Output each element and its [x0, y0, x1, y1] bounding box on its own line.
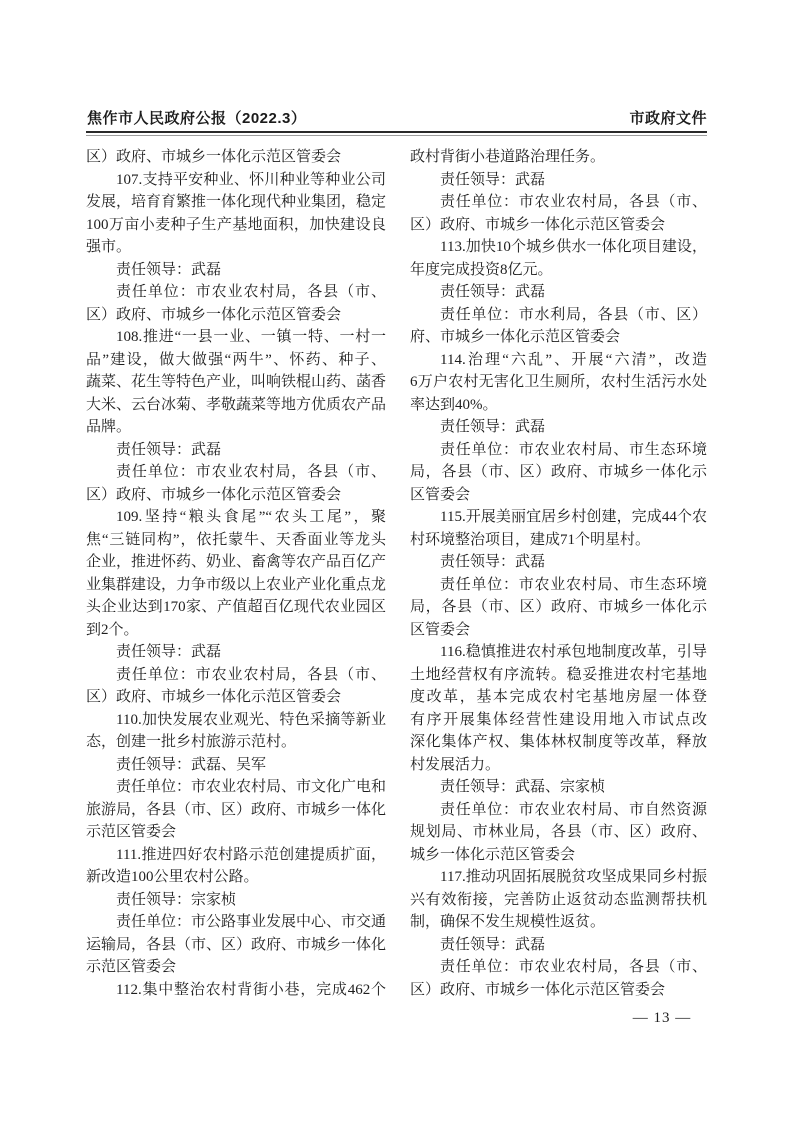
- gazette-title: 焦作市人民政府公报（2022.3）: [87, 107, 306, 128]
- text-line: 115.开展美丽宜居乡村创建，完成44个农: [410, 506, 707, 529]
- text-line: 大米、云台冰菊、孝敬蔬菜等地方优质农产品: [86, 394, 386, 417]
- text-line: 政村背街小巷道路治理任务。: [410, 146, 707, 169]
- text-line: 到2个。: [86, 619, 386, 642]
- text-line: 100万亩小麦种子生产基地面积，加快建设良种: [86, 214, 386, 237]
- text-line: 责任领导：武磊、宗家桢: [410, 776, 707, 799]
- text-line: 度改革，基本完成农村宅基地房屋一体登记。: [410, 686, 707, 709]
- text-line: 114.治理“六乱”、开展“六清”，改造: [410, 349, 707, 372]
- text-line: 区管委会: [410, 484, 707, 507]
- text-line: 责任单位：市农业农村局、市文化广电和: [86, 776, 386, 799]
- text-line: 责任单位：市农业农村局，各县（市、: [410, 956, 707, 979]
- text-line: 示范区管委会: [86, 821, 386, 844]
- text-line: 规划局、市林业局，各县（市、区）政府、市: [410, 821, 707, 844]
- text-line: 108.推进“一县一业、一镇一特、一村一: [86, 326, 386, 349]
- text-line: 责任领导：武磊: [410, 281, 707, 304]
- text-line: 区）政府、市城乡一体化示范区管委会: [86, 304, 386, 327]
- text-line: 强市。: [86, 236, 386, 259]
- text-line: 深化集体产权、集体林权制度等改革，释放农: [410, 731, 707, 754]
- text-line: 110.加快发展农业观光、特色采摘等新业: [86, 709, 386, 732]
- text-line: 村环境整治项目，建成71个明星村。: [410, 529, 707, 552]
- text-line: 109.坚持“粮头食尾”“农头工尾”，聚: [86, 506, 386, 529]
- text-line: 区）政府、市城乡一体化示范区管委会: [86, 686, 386, 709]
- text-line: 品”建设，做大做强“两牛”、怀药、种子、: [86, 349, 386, 372]
- text-line: 焦“三链同构”，依托蒙牛、天香面业等龙头: [86, 529, 386, 552]
- document-page: 焦作市人民政府公报（2022.3） 市政府文件 区）政府、市城乡一体化示范区管委…: [0, 0, 793, 1122]
- text-line: 116.稳慎推进农村承包地制度改革，引导: [410, 641, 707, 664]
- text-line: 113.加快10个城乡供水一体化项目建设，: [410, 236, 707, 259]
- text-line: 区）政府、市城乡一体化示范区管委会: [410, 979, 707, 1002]
- text-line: 示范区管委会: [86, 956, 386, 979]
- text-line: 责任单位：市农业农村局，各县（市、: [86, 664, 386, 687]
- right-text-column: 政村背街小巷道路治理任务。责任领导：武磊责任单位：市农业农村局，各县（市、区）政…: [410, 146, 707, 1001]
- section-label: 市政府文件: [629, 107, 707, 128]
- text-line: 村发展活力。: [410, 754, 707, 777]
- text-line: 年度完成投资8亿元。: [410, 259, 707, 282]
- text-line: 土地经营权有序流转。稳妥推进农村宅基地制: [410, 664, 707, 687]
- text-line: 品牌。: [86, 416, 386, 439]
- text-line: 责任领导：武磊: [410, 416, 707, 439]
- text-line: 局，各县（市、区）政府、市城乡一体化示范: [410, 596, 707, 619]
- left-text-column: 区）政府、市城乡一体化示范区管委会107.支持平安种业、怀川种业等种业公司发展，…: [86, 146, 386, 1001]
- text-line: 责任单位：市水利局，各县（市、区）政: [410, 304, 707, 327]
- text-line: 责任领导：武磊: [86, 259, 386, 282]
- text-line: 责任单位：市农业农村局、市生态环境: [410, 439, 707, 462]
- text-line: 责任单位：市农业农村局、市生态环境: [410, 574, 707, 597]
- text-line: 态，创建一批乡村旅游示范村。: [86, 731, 386, 754]
- text-line: 区）政府、市城乡一体化示范区管委会: [86, 146, 386, 169]
- text-line: 责任领导：武磊、吴军: [86, 754, 386, 777]
- page-number: — 13 —: [600, 1010, 724, 1027]
- text-line: 运输局，各县（市、区）政府、市城乡一体化: [86, 934, 386, 957]
- text-line: 责任单位：市公路事业发展中心、市交通: [86, 911, 386, 934]
- text-line: 有序开展集体经营性建设用地入市试点改革。: [410, 709, 707, 732]
- text-line: 117.推动巩固拓展脱贫攻坚成果同乡村振: [410, 866, 707, 889]
- text-line: 111.推进四好农村路示范创建提质扩面，: [86, 844, 386, 867]
- text-line: 城乡一体化示范区管委会: [410, 844, 707, 867]
- text-line: 新改造100公里农村公路。: [86, 866, 386, 889]
- page-header: 焦作市人民政府公报（2022.3） 市政府文件: [86, 105, 707, 129]
- text-line: 旅游局，各县（市、区）政府、市城乡一体化: [86, 799, 386, 822]
- text-line: 6万户农村无害化卫生厕所，农村生活污水处理: [410, 371, 707, 394]
- text-line: 107.支持平安种业、怀川种业等种业公司: [86, 169, 386, 192]
- text-line: 责任单位：市农业农村局，各县（市、: [86, 281, 386, 304]
- text-line: 责任领导：武磊: [410, 551, 707, 574]
- text-line: 区）政府、市城乡一体化示范区管委会: [86, 484, 386, 507]
- header-rule: [86, 131, 707, 136]
- text-line: 府、市城乡一体化示范区管委会: [410, 326, 707, 349]
- text-line: 头企业达到170家、产值超百亿现代农业园区达: [86, 596, 386, 619]
- text-line: 业集群建设，力争市级以上农业产业化重点龙: [86, 574, 386, 597]
- text-line: 区管委会: [410, 619, 707, 642]
- text-line: 112.集中整治农村背街小巷，完成462个行: [86, 979, 386, 1002]
- text-line: 兴有效衔接，完善防止返贫动态监测帮扶机: [410, 889, 707, 912]
- text-line: 局，各县（市、区）政府、市城乡一体化示范: [410, 461, 707, 484]
- text-line: 责任领导：宗家桢: [86, 889, 386, 912]
- text-line: 发展，培育育繁推一体化现代种业集团，稳定: [86, 191, 386, 214]
- text-line: 企业，推进怀药、奶业、畜禽等农产品百亿产: [86, 551, 386, 574]
- text-line: 责任单位：市农业农村局、市自然资源和: [410, 799, 707, 822]
- text-line: 率达到40%。: [410, 394, 707, 417]
- text-line: 蔬菜、花生等特色产业，叫响铁棍山药、菡香: [86, 371, 386, 394]
- text-line: 责任单位：市农业农村局，各县（市、: [86, 461, 386, 484]
- text-line: 区）政府、市城乡一体化示范区管委会: [410, 214, 707, 237]
- text-line: 责任单位：市农业农村局，各县（市、: [410, 191, 707, 214]
- text-line: 制，确保不发生规模性返贫。: [410, 911, 707, 934]
- text-line: 责任领导：武磊: [410, 169, 707, 192]
- text-line: 责任领导：武磊: [86, 439, 386, 462]
- text-line: 责任领导：武磊: [410, 934, 707, 957]
- text-line: 责任领导：武磊: [86, 641, 386, 664]
